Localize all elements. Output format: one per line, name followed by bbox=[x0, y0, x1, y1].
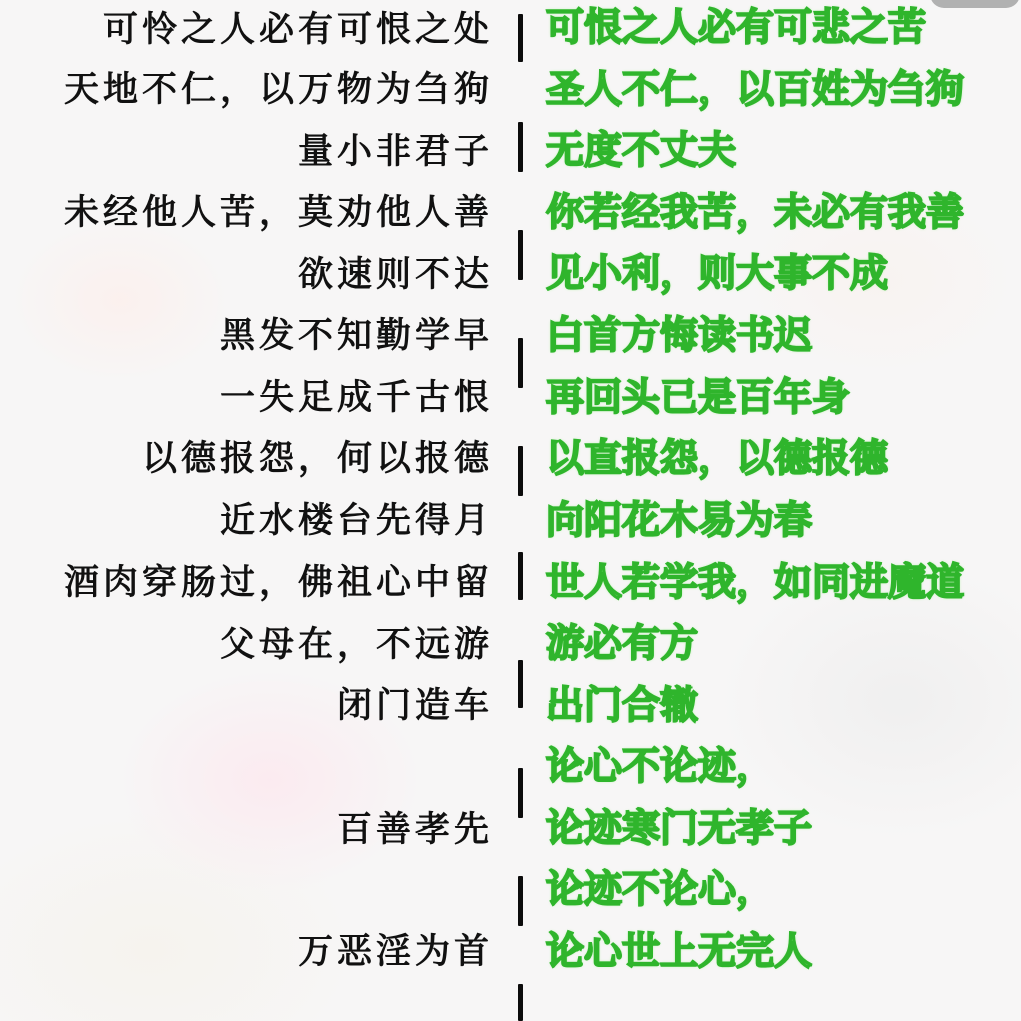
saying-second-half: 游必有方 bbox=[546, 621, 698, 665]
divider-dash bbox=[518, 14, 523, 62]
saying-second-half: 世人若学我，如同进魔道 bbox=[546, 560, 964, 604]
top-overlay-pill bbox=[930, 0, 1020, 8]
saying-first-half: 黑发不知勤学早 bbox=[220, 316, 493, 356]
saying-second-half: 圣人不仁，以百姓为刍狗 bbox=[546, 67, 964, 111]
saying-second-half: 论迹不论心， bbox=[546, 867, 774, 911]
divider-dash bbox=[518, 984, 523, 1021]
divider-dash bbox=[518, 768, 523, 818]
divider-dash bbox=[518, 876, 523, 926]
saying-second-half: 论心世上无完人 bbox=[546, 929, 812, 973]
divider-dash bbox=[518, 660, 523, 708]
saying-second-half: 可恨之人必有可悲之苦 bbox=[546, 5, 926, 49]
saying-second-half: 出门合辙 bbox=[546, 683, 698, 727]
saying-first-half: 父母在，不远游 bbox=[220, 625, 493, 665]
saying-first-half: 天地不仁，以万物为刍狗 bbox=[64, 70, 493, 110]
saying-first-half: 欲速则不达 bbox=[298, 255, 493, 295]
saying-first-half: 一失足成千古恨 bbox=[220, 378, 493, 418]
saying-second-half: 白首方悔读书迟 bbox=[546, 313, 812, 357]
divider-dash bbox=[518, 552, 523, 600]
divider-dash bbox=[518, 338, 523, 388]
saying-second-half: 论迹寒门无孝子 bbox=[546, 806, 812, 850]
saying-first-half: 酒肉穿肠过，佛祖心中留 bbox=[64, 563, 493, 603]
saying-second-half: 见小利，则大事不成 bbox=[546, 251, 888, 295]
divider-dash bbox=[518, 230, 523, 280]
saying-first-half: 近水楼台先得月 bbox=[220, 501, 493, 541]
saying-first-half: 量小非君子 bbox=[298, 132, 493, 172]
saying-first-half: 以德报怨，何以报德 bbox=[142, 439, 493, 479]
divider-dash bbox=[518, 446, 523, 496]
saying-second-half: 论心不论迹， bbox=[546, 744, 774, 788]
saying-second-half: 以直报怨，以德报德 bbox=[546, 436, 888, 480]
saying-second-half: 再回头已是百年身 bbox=[546, 375, 850, 419]
saying-first-half: 闭门造车 bbox=[337, 686, 493, 726]
saying-first-half: 百善孝先 bbox=[337, 810, 493, 850]
saying-first-half: 万恶淫为首 bbox=[298, 932, 493, 972]
saying-second-half: 你若经我苦，未必有我善 bbox=[546, 190, 964, 234]
background-image bbox=[0, 0, 1021, 1021]
saying-first-half: 未经他人苦，莫劝他人善 bbox=[64, 193, 493, 233]
saying-first-half: 可怜之人必有可恨之处 bbox=[103, 10, 493, 50]
saying-second-half: 无度不丈夫 bbox=[546, 128, 736, 172]
divider-dash bbox=[518, 122, 523, 172]
saying-second-half: 向阳花木易为春 bbox=[546, 498, 812, 542]
